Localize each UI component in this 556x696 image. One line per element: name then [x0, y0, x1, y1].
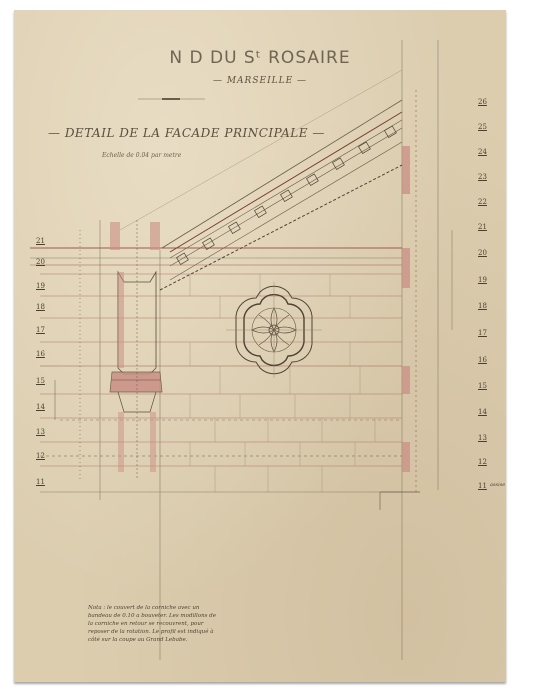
modillions [177, 126, 397, 264]
pilaster-red-fill [402, 146, 410, 472]
course-label: 19 [478, 276, 487, 284]
course-label: 23 [478, 173, 487, 181]
frame-lines [100, 40, 438, 660]
course-label: 20 [36, 258, 45, 266]
course-label: 21 [478, 223, 487, 231]
course-lines [30, 248, 420, 510]
course-label: 14 [36, 403, 45, 411]
course-label: 16 [36, 350, 45, 358]
course-label: 13 [36, 428, 45, 436]
course-label: 14 [478, 408, 487, 416]
course-label: 15 [36, 377, 45, 385]
course-label: 26 [478, 98, 487, 106]
course-label: 22 [478, 198, 487, 206]
course-label: 17 [36, 326, 45, 334]
course-label: 18 [36, 303, 45, 311]
course-label: 13 [478, 434, 487, 442]
course-label: 17 [478, 329, 487, 337]
course-label: 12 [36, 452, 45, 460]
course-label: 24 [478, 148, 487, 156]
stone-joints [190, 274, 375, 492]
elevation-drawing [0, 0, 556, 696]
course-label: 11 [478, 482, 487, 490]
course-label: 12 [478, 458, 487, 466]
course-label: 25 [478, 123, 487, 131]
course-label: 21 [36, 237, 45, 245]
course-label: 20 [478, 249, 487, 257]
course-note: assise [490, 482, 505, 488]
raking-cornice [120, 70, 402, 290]
rose-window [226, 282, 322, 378]
column [110, 220, 162, 480]
course-label: 15 [478, 382, 487, 390]
course-label: 18 [478, 302, 487, 310]
course-label: 16 [478, 356, 487, 364]
course-label: 11 [36, 478, 45, 486]
course-label: 19 [36, 282, 45, 290]
